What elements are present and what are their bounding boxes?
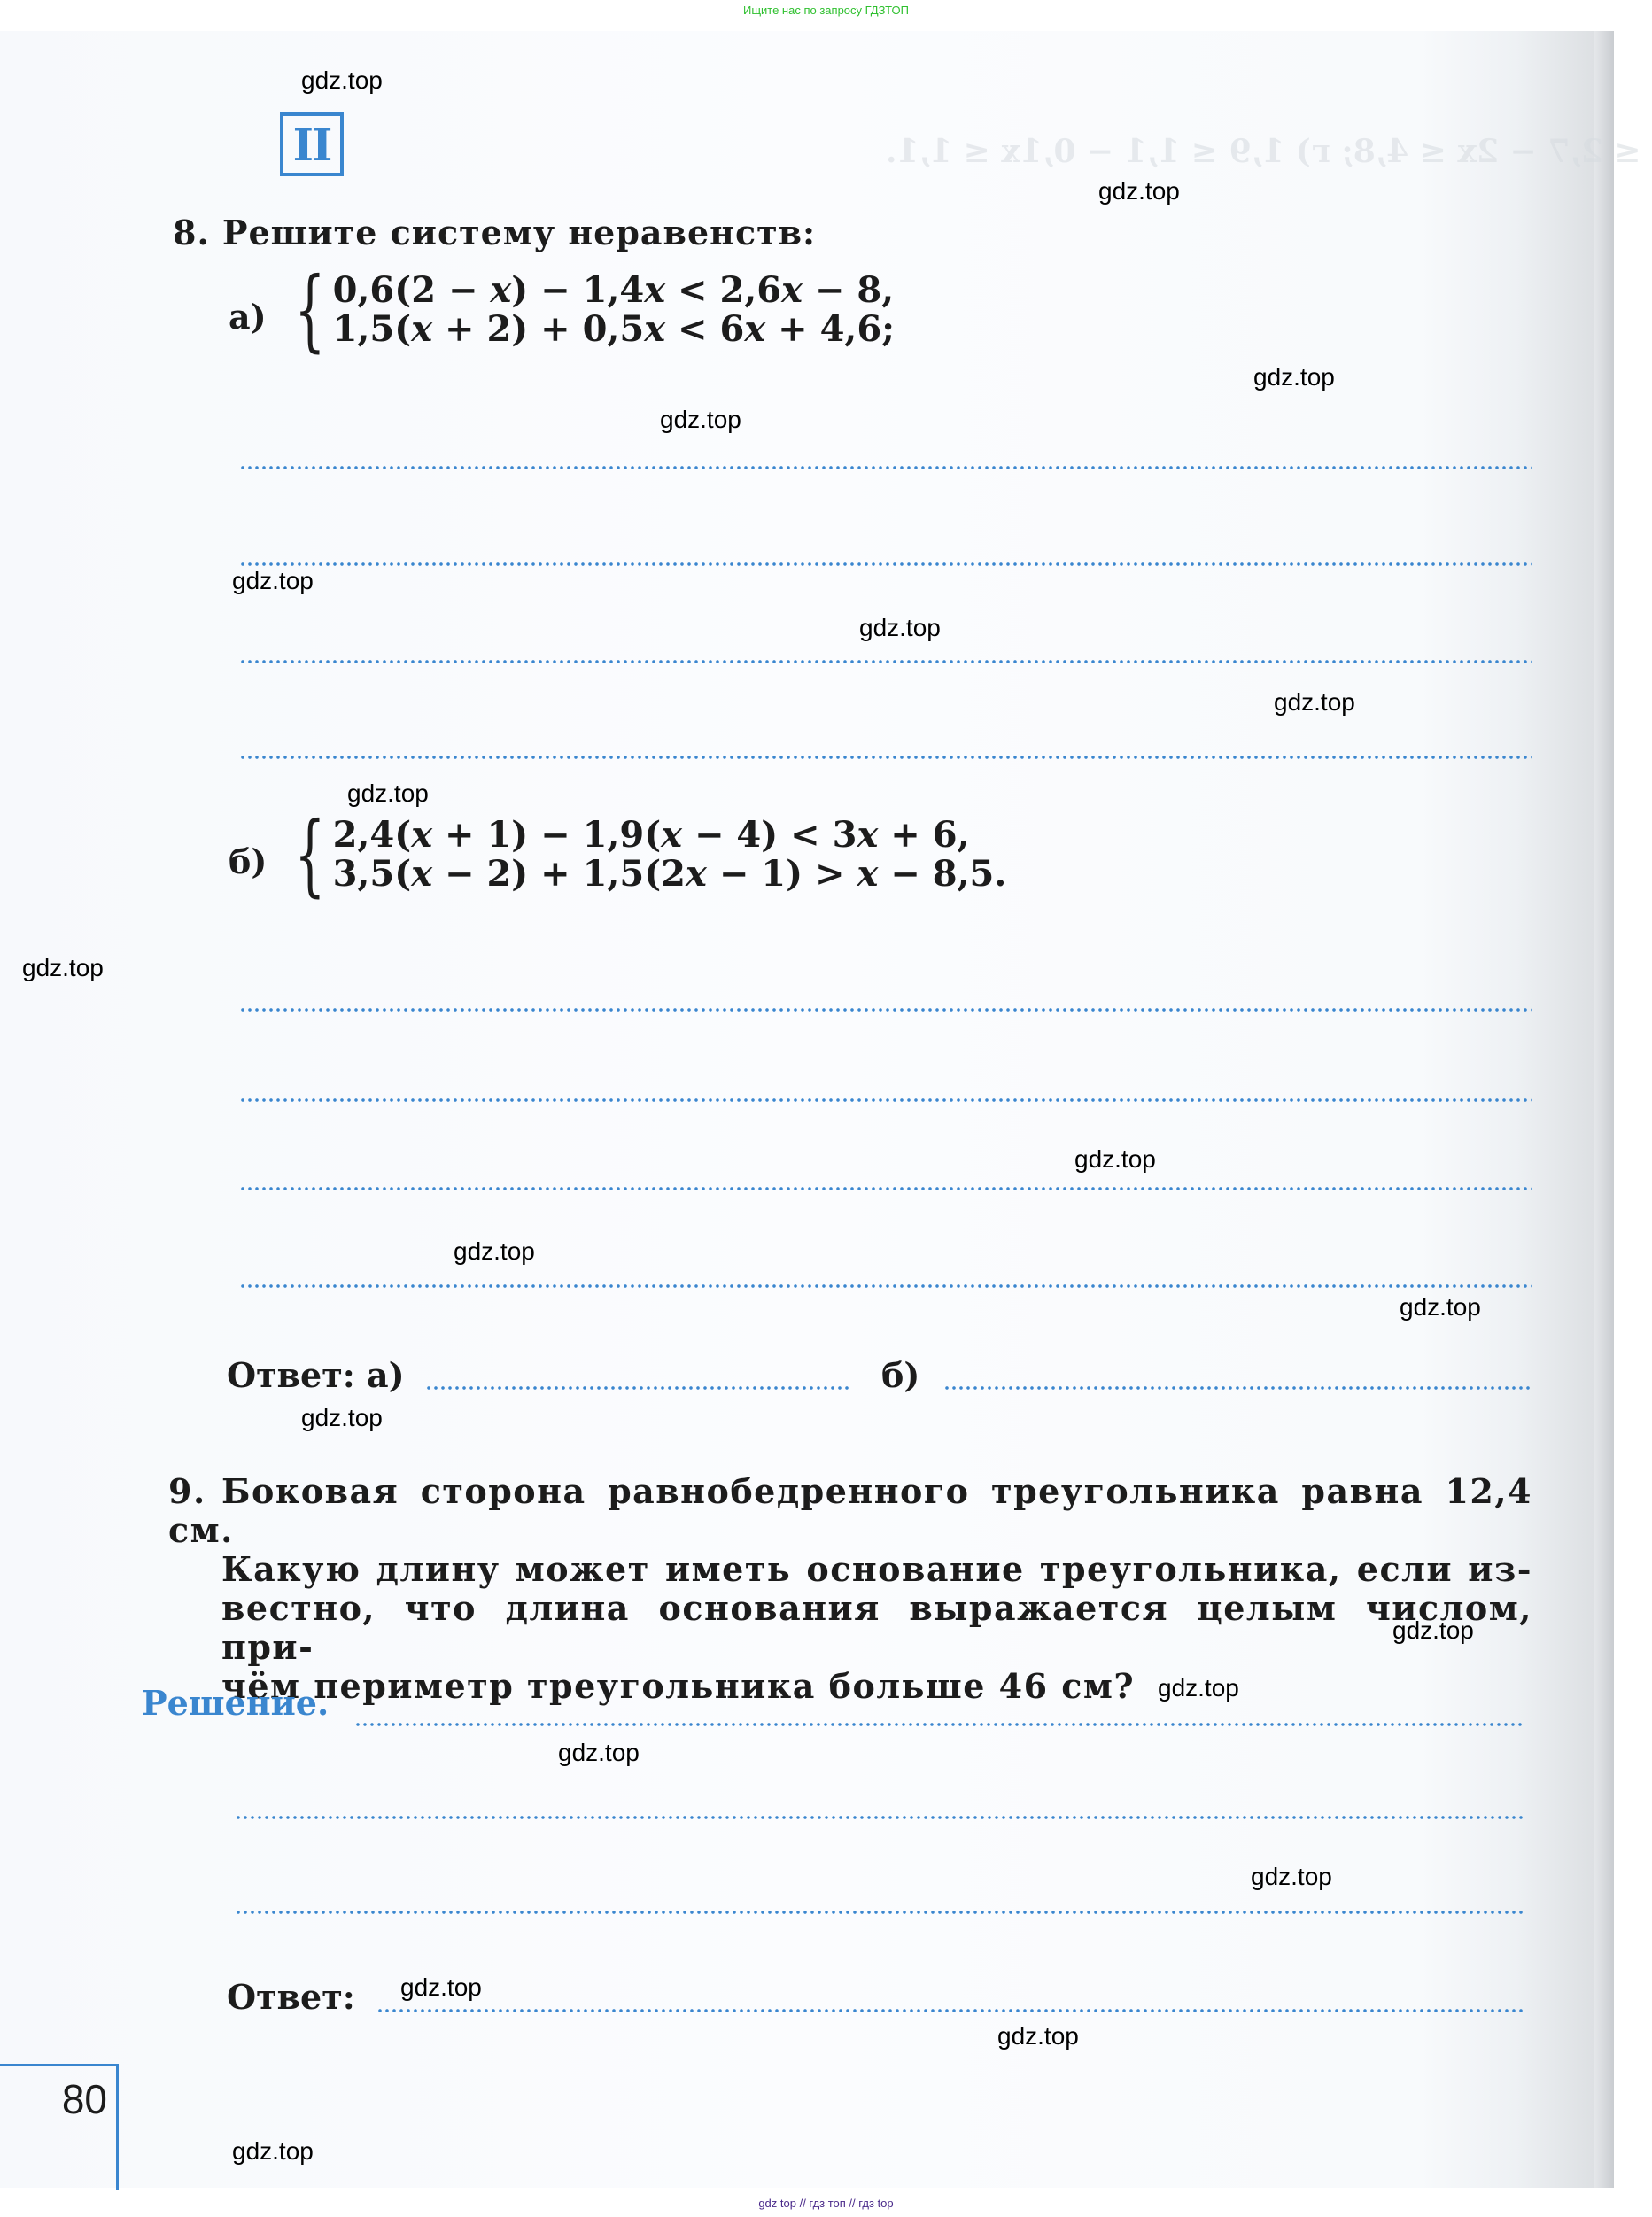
solution-line[interactable]	[235, 1816, 1524, 1819]
workbook-page	[0, 31, 1612, 2188]
watermark: gdz.top	[859, 614, 941, 642]
task-8a-equation-2: 1,5(x + 2) + 0,5x < 6x + 4,6;	[333, 310, 895, 349]
level-label: II	[293, 119, 331, 171]
solution-line[interactable]	[235, 1911, 1524, 1914]
watermark: gdz.top	[232, 567, 314, 595]
task-9-answer-field[interactable]	[376, 2009, 1524, 2012]
task-9-line-2: Какую длину может иметь основание треуго…	[168, 1550, 1532, 1589]
watermark: gdz.top	[1251, 1863, 1332, 1891]
task-8-title: 8. Решите систему неравенств:	[173, 213, 816, 252]
solution-label: Решение.	[142, 1683, 329, 1723]
answer-line[interactable]	[239, 660, 1532, 663]
difficulty-level-marker: II	[280, 112, 344, 176]
watermark: gdz.top	[660, 406, 741, 434]
task-9-line-4: чём периметр треугольника больше 46 см?	[168, 1667, 1532, 1706]
page-number: 80	[62, 2075, 107, 2123]
watermark: gdz.top	[301, 1404, 383, 1432]
task-8a-answer-field[interactable]	[425, 1386, 850, 1390]
bleed-through-text: в) 2,9 ≤ 2,7 − 2x ≤ 4,8; г) 1,9 ≤ 1,1 − …	[886, 133, 1652, 170]
answer-line[interactable]	[239, 1187, 1532, 1190]
task-8a-system: { 0,6(2 − x) − 1,4x < 2,6x − 8, 1,5(x + …	[282, 266, 895, 354]
watermark: gdz.top	[301, 66, 383, 95]
watermark: gdz.top	[1274, 688, 1355, 717]
top-banner: Ищите нас по запросу ГДЗТОП	[0, 4, 1652, 17]
task-8b-equation-2: 3,5(x − 2) + 1,5(2x − 1) > x − 8,5.	[333, 855, 1007, 894]
task-8-answer-label-b: б)	[881, 1355, 919, 1395]
task-8a-label: а)	[229, 297, 267, 337]
answer-line[interactable]	[239, 1008, 1532, 1012]
answer-line[interactable]	[239, 562, 1532, 566]
task-9-line-1: Боковая сторона равнобедренного треуголь…	[168, 1471, 1532, 1550]
task-8-answer-label-a: Ответ: а)	[227, 1355, 405, 1395]
watermark: gdz.top	[22, 954, 104, 982]
watermark: gdz.top	[1253, 363, 1335, 391]
watermark: gdz.top	[400, 1973, 482, 2002]
watermark: gdz.top	[1158, 1674, 1239, 1702]
page-spine-shadow	[1594, 31, 1614, 2188]
task-9-text: 9.Боковая сторона равнобедренного треуго…	[168, 1472, 1532, 1706]
task-9-line-3: вестно, что длина основания выражается ц…	[168, 1589, 1532, 1667]
task-8b-label: б)	[229, 841, 267, 881]
watermark: gdz.top	[1098, 177, 1180, 205]
task-9-answer-label: Ответ:	[227, 1977, 355, 2017]
page-number-box: 80	[0, 2064, 119, 2190]
task-8a-equation-1: 0,6(2 − x) − 1,4x < 2,6x − 8,	[333, 271, 895, 310]
answer-line[interactable]	[239, 756, 1532, 759]
task-9-number: 9.	[168, 1472, 221, 1511]
answer-line[interactable]	[239, 466, 1532, 469]
footer-watermark: gdz top // гдз топ // гдз top	[0, 2197, 1652, 2210]
watermark: gdz.top	[558, 1739, 640, 1767]
curly-brace-icon: {	[294, 810, 325, 899]
solution-line[interactable]	[354, 1723, 1524, 1726]
watermark: gdz.top	[1074, 1145, 1156, 1174]
watermark: gdz.top	[347, 779, 429, 808]
watermark: gdz.top	[997, 2022, 1079, 2050]
task-8b-answer-field[interactable]	[943, 1386, 1532, 1390]
task-8b-system: { 2,4(x + 1) − 1,9(x − 4) < 3x + 6, 3,5(…	[282, 810, 1006, 899]
task-8b-equation-1: 2,4(x + 1) − 1,9(x − 4) < 3x + 6,	[333, 816, 1007, 855]
watermark: gdz.top	[1400, 1293, 1481, 1322]
watermark: gdz.top	[1392, 1616, 1474, 1645]
watermark: gdz.top	[454, 1237, 535, 1266]
curly-brace-icon: {	[294, 266, 325, 354]
answer-line[interactable]	[239, 1098, 1532, 1102]
watermark: gdz.top	[232, 2137, 314, 2166]
answer-line[interactable]	[239, 1284, 1532, 1288]
